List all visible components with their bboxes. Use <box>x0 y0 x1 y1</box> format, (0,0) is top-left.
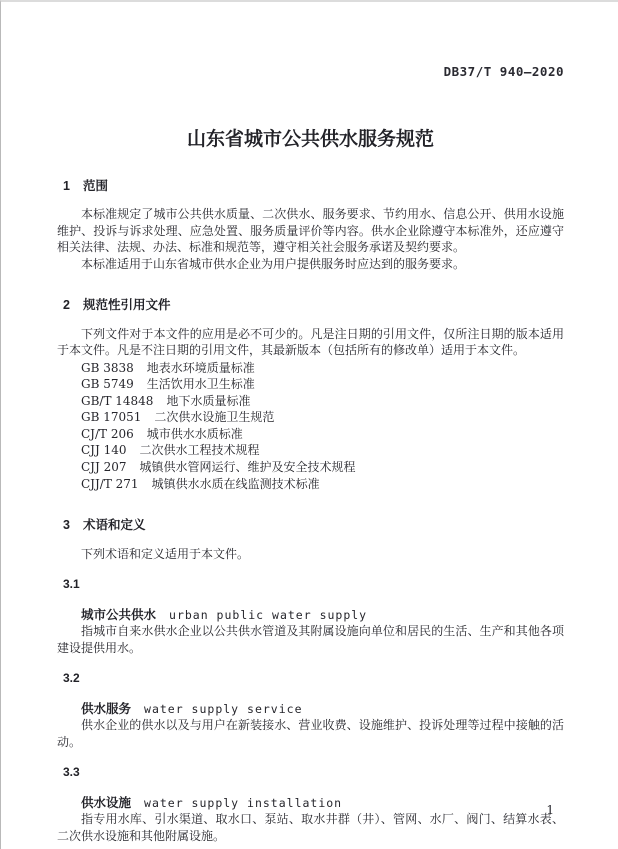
term-heading: 城市公共供水urban public water supply <box>57 607 564 624</box>
term-number: 3.2 <box>57 670 564 687</box>
reference-item: GB 5749生活饮用水卫生标准 <box>81 376 564 393</box>
section-terms-definitions: 3术语和定义 下列术语和定义适用于本文件。 3.1 城市公共供水urban pu… <box>57 517 564 844</box>
section-1-title: 范围 <box>83 179 108 193</box>
section-2-number: 2 <box>63 297 70 314</box>
term-number: 3.3 <box>57 764 564 781</box>
section-3-number: 3 <box>63 517 70 534</box>
term-definition: 指专用水库、引水渠道、取水口、泵站、取水井群（井）、管网、水厂、阀门、结算水表、… <box>57 811 564 844</box>
reference-item: GB 17051二次供水设施卫生规范 <box>81 409 564 426</box>
term-name-en: water supply installation <box>144 796 342 810</box>
term-name-zh: 供水服务 <box>81 702 131 716</box>
reference-name: 二次供水设施卫生规范 <box>154 410 274 424</box>
terms-intro-paragraph: 下列术语和定义适用于本文件。 <box>57 546 564 563</box>
term-definition: 指城市自来水供水企业以公共供水管道及其附属设施向单位和居民的生活、生产和其他各项… <box>57 623 564 656</box>
term-number: 3.1 <box>57 576 564 593</box>
term-name-zh: 供水设施 <box>81 796 131 810</box>
reference-item: CJJ/T 271城镇供水水质在线监测技术标准 <box>81 476 564 493</box>
term-entry-3-1: 3.1 城市公共供水urban public water supply 指城市自… <box>57 576 564 656</box>
term-entry-3-3: 3.3 供水设施water supply installation 指专用水库、… <box>57 764 564 844</box>
term-name-en: urban public water supply <box>169 608 367 622</box>
reference-code: CJ/T 206 <box>81 426 134 443</box>
scope-paragraph-2: 本标准适用于山东省城市供水企业为用户提供服务时应达到的服务要求。 <box>57 256 564 273</box>
reference-name: 二次供水工程技术规程 <box>140 443 260 457</box>
section-3-title: 术语和定义 <box>83 518 146 532</box>
section-1-heading: 1范围 <box>57 178 564 195</box>
term-entry-3-2: 3.2 供水服务water supply service 供水企业的供水以及与用… <box>57 670 564 750</box>
page-number: 1 <box>546 802 554 819</box>
references-intro-paragraph: 下列文件对于本文件的应用是必不可少的。凡是注日期的引用文件，仅所注日期的版本适用… <box>57 326 564 359</box>
term-heading: 供水设施water supply installation <box>57 795 564 812</box>
reference-code: GB 17051 <box>81 409 141 426</box>
reference-code: GB 5749 <box>81 376 134 393</box>
standard-number: DB37/T 940—2020 <box>57 64 564 81</box>
reference-item: CJJ 140二次供水工程技术规程 <box>81 442 564 459</box>
section-3-heading: 3术语和定义 <box>57 517 564 534</box>
section-scope: 1范围 本标准规定了城市公共供水质量、二次供水、服务要求、节约用水、信息公开、供… <box>57 178 564 273</box>
reference-name: 地下水质量标准 <box>166 394 250 408</box>
term-heading: 供水服务water supply service <box>57 701 564 718</box>
reference-item: CJJ 207城镇供水管网运行、维护及安全技术规程 <box>81 459 564 476</box>
section-2-heading: 2规范性引用文件 <box>57 297 564 314</box>
reference-item: CJ/T 206城市供水水质标准 <box>81 426 564 443</box>
reference-item: GB/T 14848地下水质量标准 <box>81 393 564 410</box>
reference-code: GB/T 14848 <box>81 393 153 410</box>
reference-name: 城镇供水管网运行、维护及安全技术规程 <box>140 460 356 474</box>
reference-code: GB 3838 <box>81 360 134 377</box>
reference-name: 城镇供水水质在线监测技术标准 <box>152 477 320 491</box>
reference-code: CJJ 207 <box>81 459 127 476</box>
document-page: DB37/T 940—2020 山东省城市公共供水服务规范 1范围 本标准规定了… <box>0 0 618 849</box>
references-list: GB 3838地表水环境质量标准 GB 5749生活饮用水卫生标准 GB/T 1… <box>57 360 564 493</box>
reference-item: GB 3838地表水环境质量标准 <box>81 360 564 377</box>
reference-name: 生活饮用水卫生标准 <box>147 377 255 391</box>
reference-name: 地表水环境质量标准 <box>147 361 255 375</box>
term-name-zh: 城市公共供水 <box>81 608 156 622</box>
document-title: 山东省城市公共供水服务规范 <box>57 127 564 153</box>
reference-code: CJJ 140 <box>81 442 127 459</box>
term-definition: 供水企业的供水以及与用户在新装接水、营业收费、设施维护、投诉处理等过程中接触的活… <box>57 717 564 750</box>
section-2-title: 规范性引用文件 <box>83 298 171 312</box>
section-normative-references: 2规范性引用文件 下列文件对于本文件的应用是必不可少的。凡是注日期的引用文件，仅… <box>57 297 564 492</box>
reference-code: CJJ/T 271 <box>81 476 139 493</box>
scope-paragraph-1: 本标准规定了城市公共供水质量、二次供水、服务要求、节约用水、信息公开、供用水设施… <box>57 206 564 256</box>
section-1-number: 1 <box>63 178 70 195</box>
reference-name: 城市供水水质标准 <box>147 427 243 441</box>
term-name-en: water supply service <box>144 702 302 716</box>
